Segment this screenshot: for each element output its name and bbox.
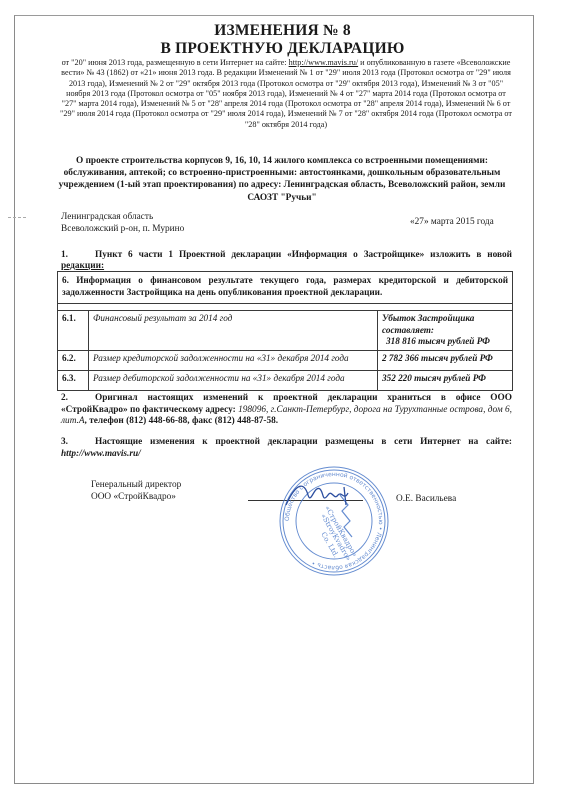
row-number: 6.1. [58, 311, 89, 351]
document-date: «27» марта 2015 года [410, 217, 494, 227]
intro-suffix: и опубликованную в газете «Всеволожские … [60, 58, 512, 129]
item-1: 1.Пункт 6 части 1 Проектной декларации «… [61, 250, 512, 272]
document-subtitle: В ПРОЕКТНУЮ ДЕКЛАРАЦИЮ [0, 40, 565, 58]
table-header: 6. Информация о финансовом результате те… [58, 272, 513, 304]
row-description: Финансовый результат за 2014 год [89, 311, 378, 351]
row-value: 352 220 тысяч рублей РФ [378, 370, 513, 390]
row-value: Убыток Застройщика составляет: 318 816 т… [378, 311, 513, 351]
table-row: 6.3. Размер дебиторской задолженности на… [58, 370, 513, 390]
margin-mark [8, 217, 26, 218]
row-number: 6.2. [58, 350, 89, 370]
item-1-underlined: редакции: [61, 261, 104, 271]
place-region: Ленинградская область [61, 211, 184, 223]
document-title: ИЗМЕНЕНИЯ № 8 [0, 22, 565, 40]
item-1-text: Пункт 6 части 1 Проектной декларации «Ин… [95, 250, 512, 260]
row-description: Размер дебиторской задолженности на «31»… [89, 370, 378, 390]
item-3-number: 3. [61, 437, 95, 449]
row-description: Размер кредиторской задолженности на «31… [89, 350, 378, 370]
intro-link[interactable]: http://www.mavis.ru/ [289, 58, 359, 67]
row-number: 6.3. [58, 370, 89, 390]
financial-table: 6. Информация о финансовом результате те… [57, 271, 513, 391]
item-2-contacts: , телефон (812) 448-66-88, факс (812) 44… [85, 416, 279, 426]
signatory-name: О.Е. Васильева [396, 494, 456, 504]
item-3-text: Настоящие изменения к проектной декларац… [95, 437, 512, 447]
project-heading: О проекте строительства корпусов 9, 16, … [52, 155, 512, 204]
row-value: 2 782 366 тысяч рублей РФ [378, 350, 513, 370]
table-row: 6.2. Размер кредиторской задолженности н… [58, 350, 513, 370]
item-3: 3.Настоящие изменения к проектной деклар… [61, 437, 512, 460]
item-1-number: 1. [61, 250, 95, 261]
table-row: 6.1. Финансовый результат за 2014 год Уб… [58, 311, 513, 351]
intro-prefix: от "20" июня 2013 года, размещенную в се… [62, 58, 289, 67]
place-locality: Всеволожский р-он, п. Мурино [61, 223, 184, 235]
company-stamp-icon: Общество с ограниченной ответственностью… [278, 465, 390, 577]
intro-paragraph: от "20" июня 2013 года, размещенную в се… [58, 58, 514, 130]
item-3-link[interactable]: http://www.mavis.ru/ [61, 449, 141, 459]
table-header-row: 6. Информация о финансовом результате те… [58, 272, 513, 304]
signatory-position: Генеральный директор ООО «СтройКвадро» [91, 479, 181, 503]
item-2-number: 2. [61, 393, 95, 405]
place-block: Ленинградская область Всеволожский р-он,… [61, 211, 184, 235]
item-2: 2.Оригинал настоящих изменений к проектн… [61, 393, 512, 428]
